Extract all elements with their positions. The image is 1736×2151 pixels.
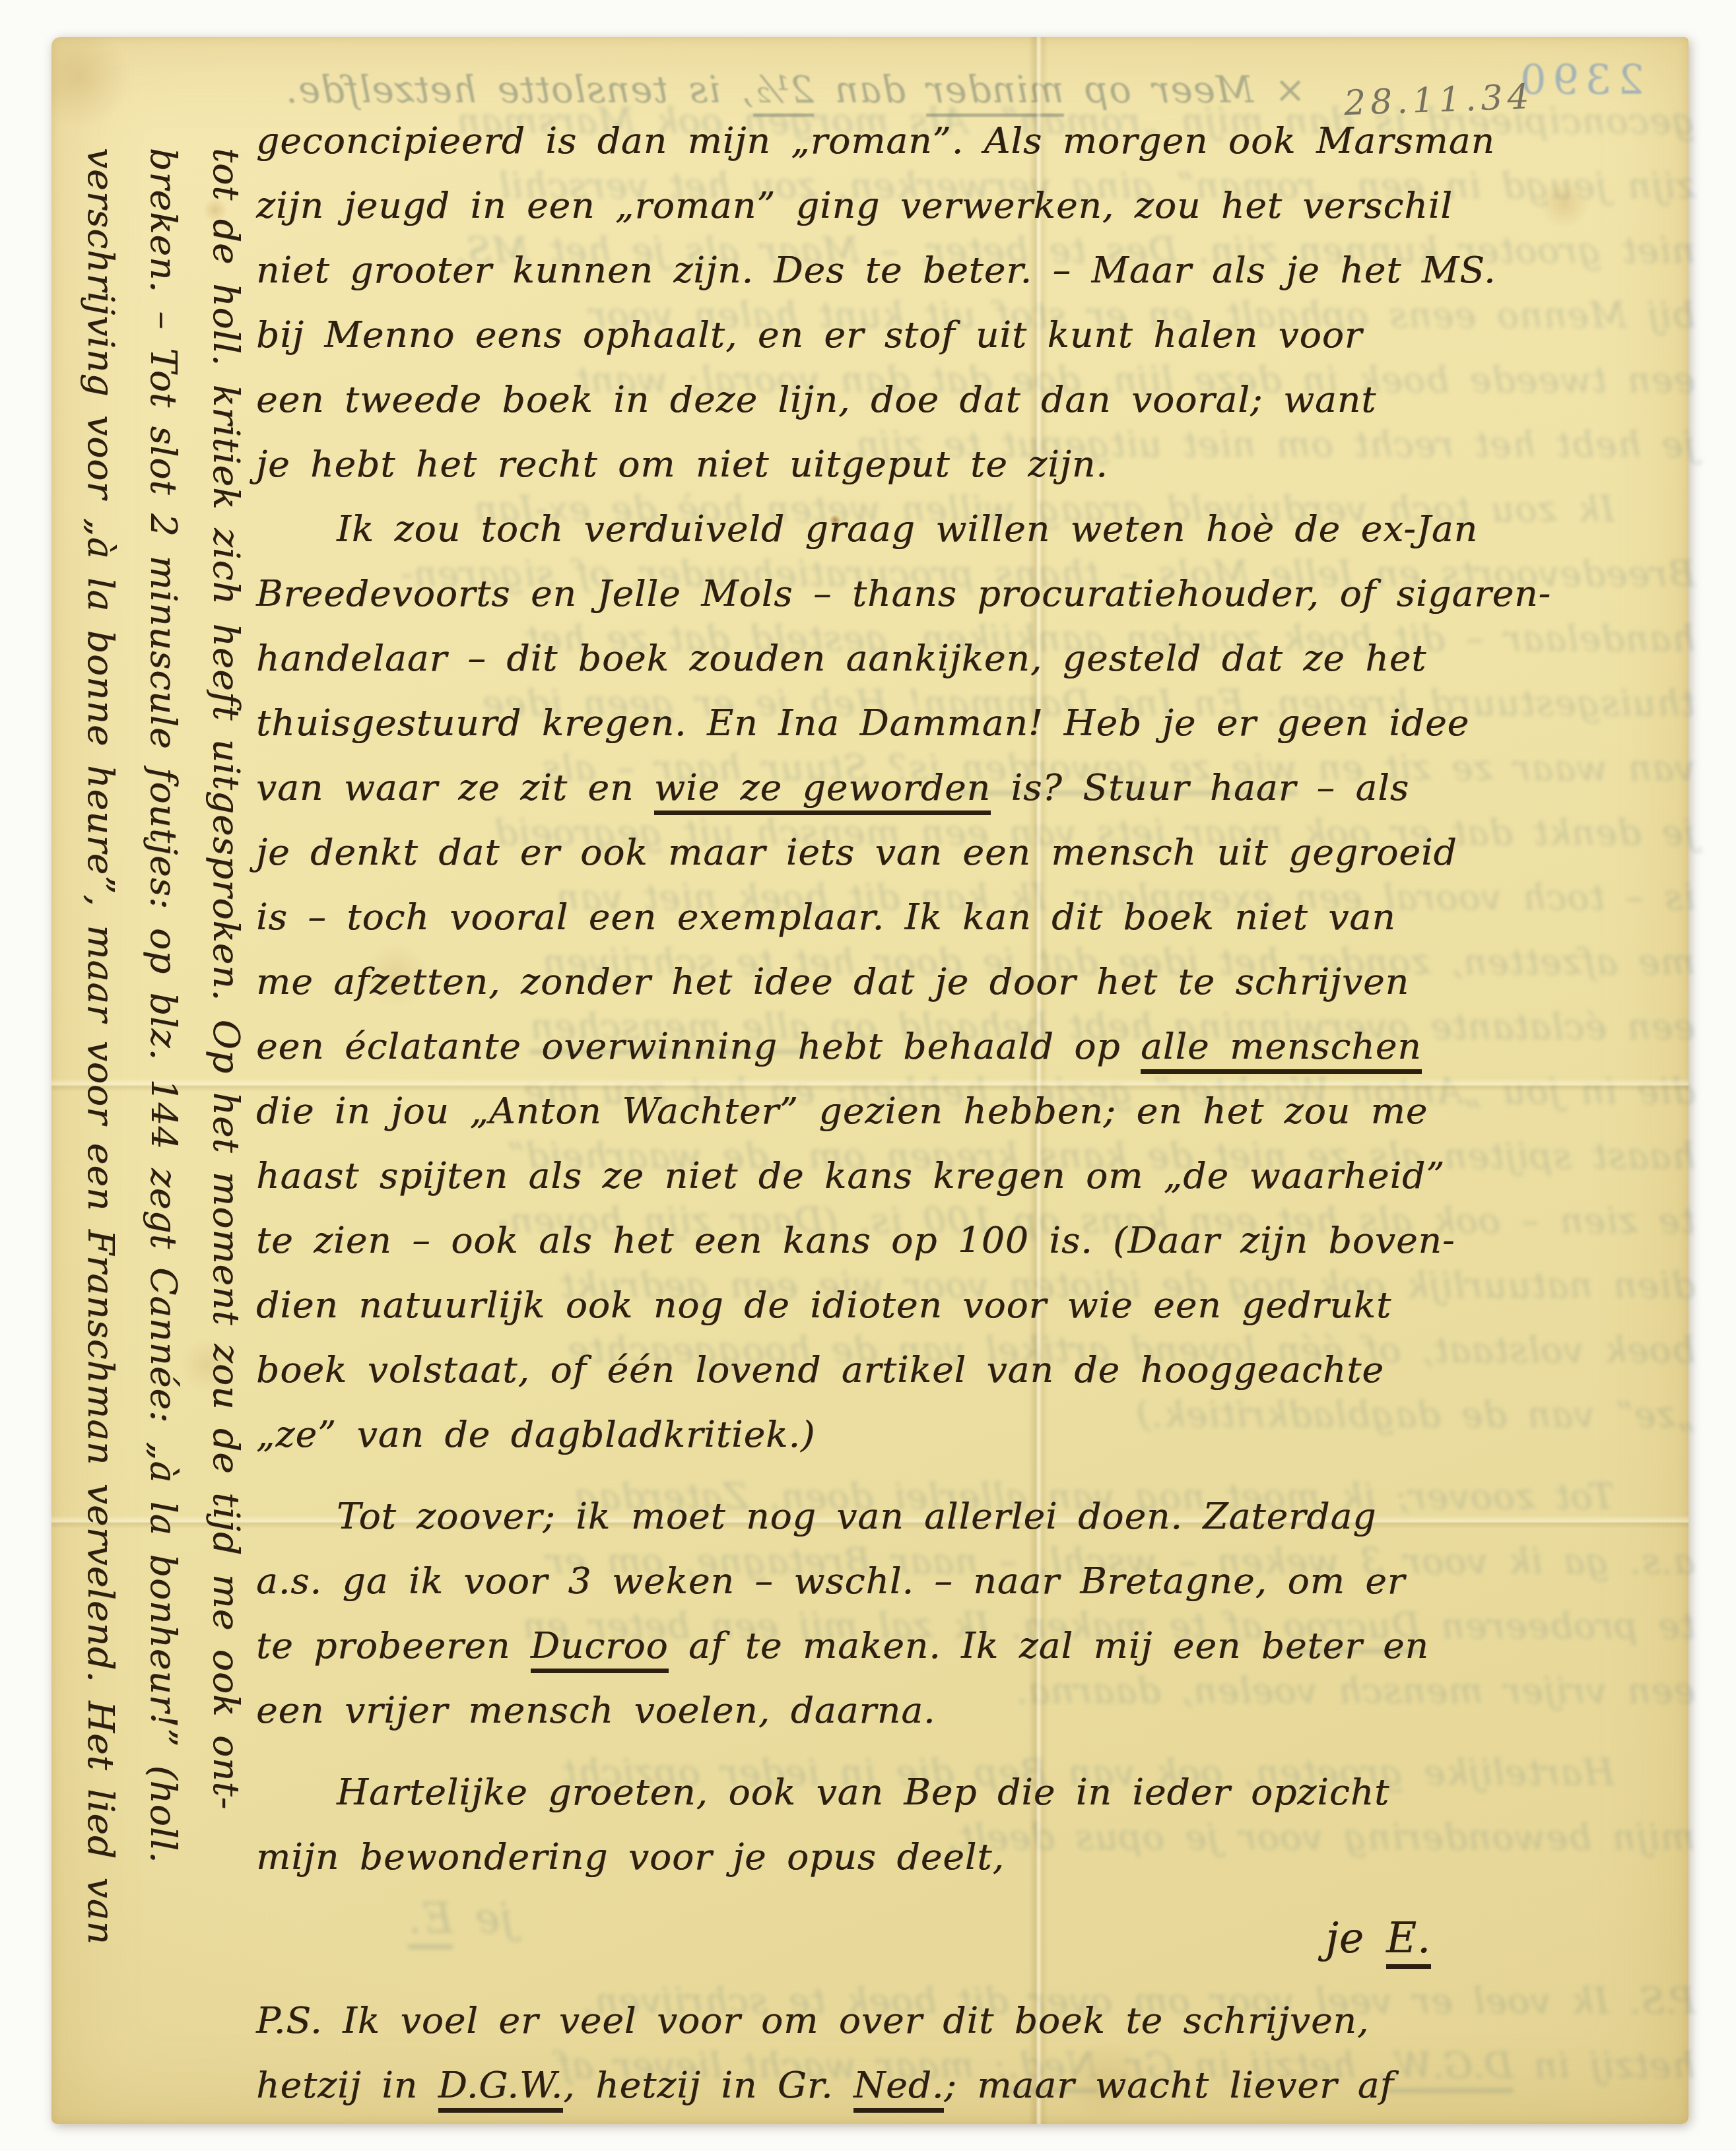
text-segment: dan [814, 69, 926, 112]
margin-line: breken. – Tot slot 2 minuscule foutjes: … [132, 148, 195, 2095]
letter-body: geconcipieerd is dan mijn „roman”. Als m… [256, 108, 1708, 2117]
letter-line: die in jou „Anton Wachter” gezien hebben… [256, 1078, 1708, 1143]
letter-line: bij Menno eens ophaalt, en er stof uit k… [256, 302, 1708, 367]
text-segment: is – toch vooral een exemplaar. Ik kan d… [256, 896, 1396, 938]
underlined-text: wie ze geworden [654, 766, 991, 815]
scan-background: geconcipieerd is dan mijn „roman”. Als m… [0, 0, 1736, 2151]
text-segment: handelaar – dit boek zouden aankijken, g… [256, 637, 1426, 679]
text-segment: af te maken. Ik zal mij een beter en [669, 1624, 1429, 1667]
text-segment: haast spijten als ze niet de kans kregen… [256, 1154, 1445, 1197]
text-segment: hetzij in [256, 2064, 438, 2106]
letter-line: een éclatante overwinning hebt behaald o… [256, 1014, 1708, 1078]
underlined-text: D.G.W. [438, 2064, 563, 2113]
text-segment: een éclatante overwinning hebt behaald o… [256, 1025, 1141, 1067]
text-segment: is? Stuur haar – als [991, 766, 1409, 809]
letter-line: Tot zoover; ik moet nog van allerlei doe… [256, 1484, 1708, 1548]
text-segment: je [1325, 1914, 1386, 1962]
letter-page: geconcipieerd is dan mijn „roman”. Als m… [51, 37, 1688, 2124]
letter-line: dien natuurlijk ook nog de idioten voor … [256, 1273, 1708, 1337]
letter-line: P.S. Ik voel er veel voor om over dit bo… [256, 1988, 1708, 2053]
margin-note: tot de holl. kritiek zich heeft uitgespr… [69, 148, 257, 2095]
letter-line: „ze” van de dagbladkritiek.) [256, 1402, 1708, 1467]
letter-line: je E. [256, 1906, 1708, 1971]
letter-line: boek volstaat, of één lovend artikel van… [256, 1337, 1708, 1402]
letter-line: een vrijer mensch voelen, daarna. [256, 1678, 1708, 1742]
letter-line: geconcipieerd is dan mijn „roman”. Als m… [256, 108, 1708, 173]
text-segment: zijn jeugd in een „roman” ging verwerken… [256, 184, 1453, 226]
text-segment: Ik zou toch verduiveld graag willen wete… [337, 508, 1478, 550]
text-segment: geconcipieerd is dan mijn „roman”. Als m… [256, 119, 1495, 162]
text-segment: „ze” van de dagbladkritiek.) [256, 1413, 815, 1455]
text-segment: een vrijer mensch voelen, daarna. [256, 1689, 935, 1731]
text-segment: Hartelijke groeten, ook van Bep die in i… [337, 1771, 1389, 1813]
text-segment: Tot zoover; ik moet nog van allerlei doe… [337, 1495, 1376, 1537]
text-segment: niet grooter kunnen zijn. Des te beter. … [256, 249, 1496, 291]
text-segment: bij Menno eens ophaalt, en er stof uit k… [256, 314, 1362, 356]
text-segment: a.s. ga ik voor 3 weken – wschl. – naar … [256, 1560, 1405, 1602]
text-segment: een tweede boek in deze lijn, doe dat da… [256, 378, 1376, 420]
text-segment: breken. – Tot slot 2 minuscule foutjes: … [143, 148, 185, 1863]
text-segment: dien natuurlijk ook nog de idioten voor … [256, 1284, 1391, 1326]
letter-line: Breedevoorts en Jelle Mols – thans procu… [256, 561, 1708, 626]
underlined-text: Ned. [853, 2064, 944, 2113]
letter-line: mijn bewondering voor je opus deelt, [256, 1824, 1708, 1889]
text-segment: , hetzij in Gr. [563, 2064, 853, 2106]
text-segment: me afzetten, zonder het idee dat je door… [256, 960, 1409, 1003]
letter-line: van waar ze zit en wie ze geworden is? S… [256, 755, 1708, 820]
text-segment: , is tenslotte hetzelfde. [285, 69, 753, 112]
text-segment: je hebt het recht om niet uitgeput te zi… [256, 443, 1108, 485]
letter-line: zijn jeugd in een „roman” ging verwerken… [256, 173, 1708, 238]
underlined-text: alle menschen [1141, 1025, 1422, 1074]
text-segment: boek volstaat, of één lovend artikel van… [256, 1348, 1384, 1391]
letter-line: te probeeren Ducroo af te maken. Ik zal … [256, 1613, 1708, 1678]
text-segment: te probeeren [256, 1624, 531, 1667]
text-segment: ; maar wacht liever af [944, 2064, 1393, 2106]
text-segment: die in jou „Anton Wachter” gezien hebben… [256, 1090, 1428, 1132]
letter-line: Ik zou toch verduiveld graag willen wete… [256, 496, 1708, 561]
text-segment: tot de holl. kritiek zich heeft uitgespr… [205, 148, 248, 1810]
letter-line: je hebt het recht om niet uitgeput te zi… [256, 432, 1708, 496]
text-segment: verschrijving voor „à la bonne heure”, m… [80, 148, 122, 1945]
letter-line: je denkt dat er ook maar iets van een me… [256, 820, 1708, 884]
letter-line: is – toch vooral een exemplaar. Ik kan d… [256, 884, 1708, 949]
letter-line: me afzetten, zonder het idee dat je door… [256, 949, 1708, 1014]
margin-line: verschrijving voor „à la bonne heure”, m… [69, 148, 132, 2095]
text-segment: van waar ze zit en [256, 766, 654, 809]
letter-line: a.s. ga ik voor 3 weken – wschl. – naar … [256, 1548, 1708, 1613]
letter-line: niet grooter kunnen zijn. Des te beter. … [256, 238, 1708, 302]
text-segment: mijn bewondering voor je opus deelt, [256, 1836, 1005, 1878]
margin-line: tot de holl. kritiek zich heeft uitgespr… [195, 148, 257, 2095]
text-segment: thuisgestuurd kregen. En Ina Damman! Heb… [256, 702, 1469, 744]
text-segment: te zien – ook als het een kans op 100 is… [256, 1219, 1455, 1261]
letter-line: Hartelijke groeten, ook van Bep die in i… [256, 1760, 1708, 1824]
letter-line: thuisgestuurd kregen. En Ina Damman! Heb… [256, 690, 1708, 755]
letter-line: een tweede boek in deze lijn, doe dat da… [256, 367, 1708, 432]
letter-line: hetzij in D.G.W., hetzij in Gr. Ned.; ma… [256, 2053, 1708, 2117]
underlined-text: Ducroo [531, 1624, 669, 1673]
letter-line: te zien – ook als het een kans op 100 is… [256, 1208, 1708, 1273]
text-segment: P.S. Ik voel er veel voor om over dit bo… [256, 1999, 1369, 2041]
text-segment: je denkt dat er ook maar iets van een me… [256, 831, 1457, 873]
text-segment: Breedevoorts en Jelle Mols – thans procu… [256, 572, 1551, 614]
underlined-text: E. [1386, 1914, 1431, 1969]
letter-line: haast spijten als ze niet de kans kregen… [256, 1143, 1708, 1208]
text-segment: × Meer op [1064, 69, 1306, 112]
letter-line: handelaar – dit boek zouden aankijken, g… [256, 626, 1708, 690]
